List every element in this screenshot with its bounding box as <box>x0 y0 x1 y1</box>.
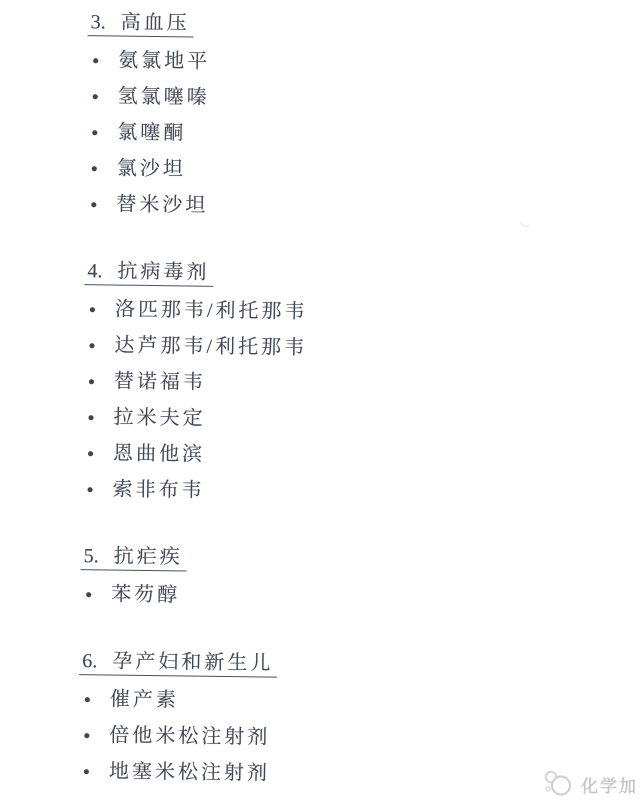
section-number: 5. <box>84 545 99 567</box>
item-label: 倍他米松注射剂 <box>109 724 270 748</box>
bullet-icon <box>89 415 94 420</box>
bullet-icon <box>92 130 97 135</box>
watermark-text: 化学加 <box>581 772 638 797</box>
document-content: 3.高血压 氨氯地平 氢氯噻嗪 氯噻酮 氯沙坦 替米沙坦 4.抗病毒剂 洛匹那韦… <box>0 0 644 789</box>
item-list: 洛匹那韦/利托那韦 达芦那韦/利托那韦 替诺福韦 拉米夫定 恩曲他滨 索非布韦 <box>0 297 640 507</box>
section-antimalarial: 5.抗疟疾 苯芴醇 <box>0 544 637 612</box>
item-label: 索非布韦 <box>112 479 204 502</box>
bullet-icon <box>93 58 98 63</box>
bullet-icon <box>89 343 94 348</box>
item-label: 氯噻酮 <box>117 122 186 145</box>
section-title: 抗疟疾 <box>114 546 183 569</box>
item-list: 催产素 倍他米松注射剂 地塞米松注射剂 <box>0 687 635 789</box>
list-item: 氨氯地平 <box>93 49 643 78</box>
bullet-icon <box>88 487 93 492</box>
bullet-icon <box>85 697 90 702</box>
list-item: 拉米夫定 <box>88 406 638 435</box>
list-item: 倍他米松注射剂 <box>84 724 634 753</box>
section-number: 3. <box>91 11 106 33</box>
bullet-icon <box>89 379 94 384</box>
section-number: 4. <box>87 260 102 282</box>
bullet-icon <box>88 451 93 456</box>
section-header: 3.高血压 <box>88 11 644 43</box>
section-number: 6. <box>82 650 97 672</box>
section-header: 5.抗疟疾 <box>81 545 637 577</box>
item-label: 恩曲他滨 <box>113 443 205 466</box>
bullet-icon <box>92 166 97 171</box>
item-label: 达芦那韦/利托那韦 <box>114 335 307 360</box>
section-title: 抗病毒剂 <box>117 261 209 284</box>
list-item: 替诺福韦 <box>89 370 639 399</box>
list-item: 索非布韦 <box>87 478 637 507</box>
bullet-icon <box>86 592 91 597</box>
list-item: 替米沙坦 <box>91 193 641 222</box>
section-header: 4.抗病毒剂 <box>84 260 640 292</box>
item-label: 替诺福韦 <box>114 371 206 394</box>
section-heading-underlined: 5.抗疟疾 <box>81 545 187 571</box>
list-item: 催产素 <box>85 688 635 717</box>
item-label: 氢氯噻嗪 <box>118 86 210 109</box>
list-item: 洛匹那韦/利托那韦 <box>90 298 640 327</box>
item-label: 氨氯地平 <box>118 50 210 73</box>
list-item: 恩曲他滨 <box>88 442 638 471</box>
section-heading-underlined: 6.孕产妇和新生儿 <box>79 650 277 678</box>
chemistry-plus-bubbles-logo-icon <box>541 769 575 799</box>
scanned-document-page: 3.高血压 氨氯地平 氢氯噻嗪 氯噻酮 氯沙坦 替米沙坦 4.抗病毒剂 洛匹那韦… <box>0 0 644 812</box>
section-title: 孕产妇和新生儿 <box>112 651 273 675</box>
item-list: 氨氯地平 氢氯噻嗪 氯噻酮 氯沙坦 替米沙坦 <box>0 48 643 222</box>
bullet-icon <box>84 769 89 774</box>
list-item: 达芦那韦/利托那韦 <box>89 334 639 363</box>
item-list: 苯芴醇 <box>0 582 636 612</box>
section-hypertension: 3.高血压 氨氯地平 氢氯噻嗪 氯噻酮 氯沙坦 替米沙坦 <box>0 10 644 222</box>
list-item: 氯噻酮 <box>92 121 642 150</box>
section-title: 高血压 <box>121 12 190 35</box>
item-label: 苯芴醇 <box>111 584 180 607</box>
list-item: 氯沙坦 <box>92 157 642 186</box>
item-label: 洛匹那韦/利托那韦 <box>115 299 308 324</box>
list-item: 氢氯噻嗪 <box>93 85 643 114</box>
bullet-icon <box>90 307 95 312</box>
bullet-icon <box>84 733 89 738</box>
item-label: 地塞米松注射剂 <box>109 760 270 784</box>
section-heading-underlined: 4.抗病毒剂 <box>84 260 213 287</box>
list-item: 苯芴醇 <box>86 583 636 612</box>
section-header: 6.孕产妇和新生儿 <box>79 650 635 682</box>
item-label: 氯沙坦 <box>117 158 186 181</box>
section-heading-underlined: 3.高血压 <box>88 11 194 37</box>
item-label: 替米沙坦 <box>116 194 208 217</box>
section-antivirals: 4.抗病毒剂 洛匹那韦/利托那韦 达芦那韦/利托那韦 替诺福韦 拉米夫定 恩曲他… <box>0 259 641 507</box>
bullet-icon <box>91 202 96 207</box>
bullet-icon <box>93 94 98 99</box>
watermark: 化学加 <box>541 769 638 799</box>
item-label: 催产素 <box>110 688 179 711</box>
item-label: 拉米夫定 <box>113 407 205 430</box>
